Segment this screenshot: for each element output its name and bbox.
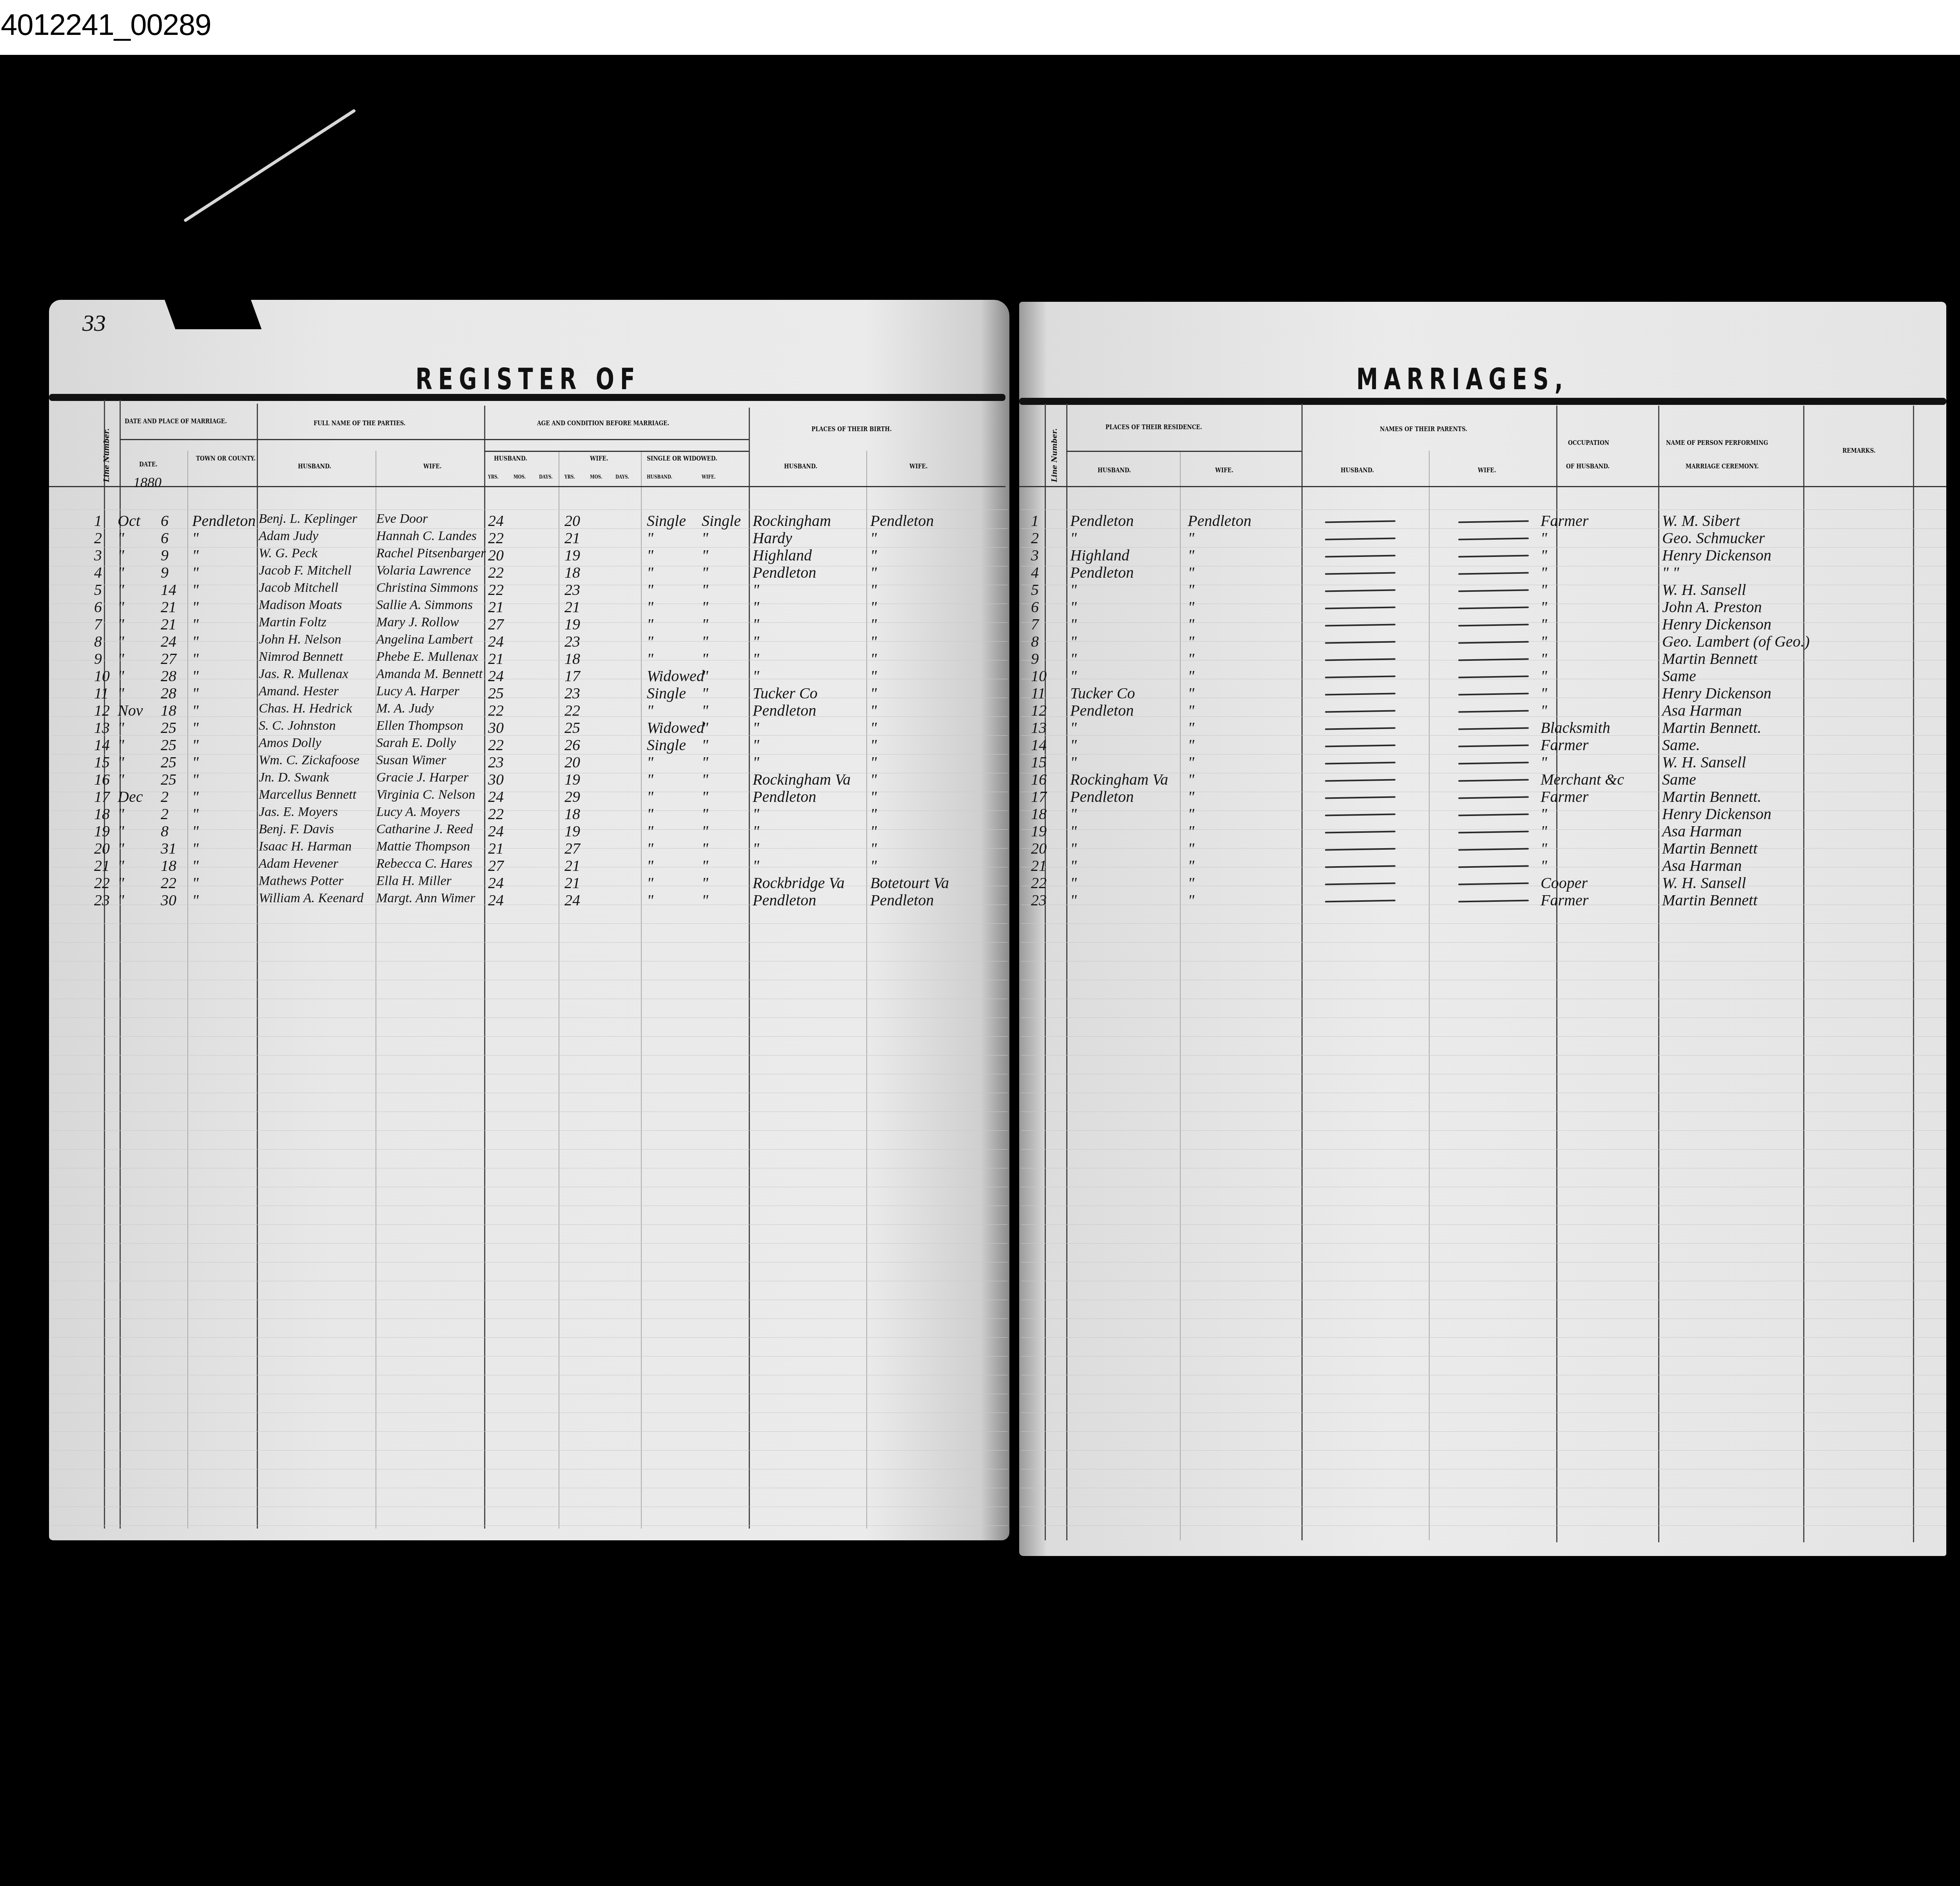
wife-birthplace: " <box>870 649 877 668</box>
wife-birthplace: Pendleton <box>870 891 934 909</box>
ruled-line <box>1021 923 1946 924</box>
ruled-line <box>51 1112 1007 1112</box>
place: " <box>192 598 199 616</box>
page-number: 33 <box>82 310 106 337</box>
line-number-right: 18 <box>1031 805 1047 823</box>
wife-age: 21 <box>564 529 580 547</box>
day: 2 <box>161 787 169 806</box>
age-wife-header: WIFE. <box>590 455 608 462</box>
ruled-line <box>51 1525 1007 1526</box>
husband-residence: " <box>1070 718 1077 737</box>
col-divider <box>1301 404 1303 1540</box>
husband-age: 30 <box>488 770 504 789</box>
wife-name: M. A. Judy <box>376 701 434 716</box>
day: 25 <box>161 718 176 737</box>
day: 24 <box>161 632 176 651</box>
wife-age: 22 <box>564 701 580 720</box>
ruled-line <box>51 1243 1007 1244</box>
residence-husband-header: HUSBAND. <box>1098 466 1131 474</box>
husband-age: 24 <box>488 874 504 892</box>
wife-residence: " <box>1188 580 1194 599</box>
wife-age: 26 <box>564 736 580 754</box>
parents-header: NAMES OF THEIR PARENTS. <box>1380 425 1467 433</box>
remarks-header: REMARKS. <box>1842 447 1875 455</box>
husband-condition: " <box>647 770 653 789</box>
wife-age: 21 <box>564 856 580 875</box>
line-number-right: 20 <box>1031 839 1047 858</box>
line-number: 13 <box>94 718 110 737</box>
month: " <box>118 891 124 909</box>
wife-name: Amanda M. Bennett <box>376 667 483 682</box>
ruled-line <box>51 1488 1007 1488</box>
line-number-right: 21 <box>1031 856 1047 875</box>
place: " <box>192 718 199 737</box>
occupation: " <box>1541 839 1547 858</box>
officiant: Martin Bennett. <box>1662 718 1761 737</box>
ruled-line <box>51 1262 1007 1262</box>
line-number-right: 11 <box>1031 684 1045 702</box>
occupation: " <box>1541 615 1547 633</box>
wife-condition: " <box>702 598 708 616</box>
month: " <box>118 529 124 547</box>
husband-age: 27 <box>488 615 504 633</box>
occupation-header-2: OF HUSBAND. <box>1566 462 1610 470</box>
ruled-line <box>51 1469 1007 1469</box>
officiant-header-2: MARRIAGE CEREMONY. <box>1686 462 1759 470</box>
husband-age: 21 <box>488 598 504 616</box>
wife-age: 23 <box>564 684 580 702</box>
ruled-line <box>51 1375 1007 1375</box>
ruled-line <box>1021 1375 1946 1375</box>
header-subrule <box>120 439 749 440</box>
wife-condition: " <box>702 770 708 789</box>
husband-birthplace: " <box>753 667 759 685</box>
line-number: 14 <box>94 736 110 754</box>
husband-birthplace: Rockbridge Va <box>753 874 844 892</box>
husband-name: Jn. D. Swank <box>259 770 329 785</box>
wife-name: Ellen Thompson <box>376 718 463 733</box>
husband-name: Jacob Mitchell <box>259 580 338 595</box>
ruled-line <box>1021 1036 1946 1037</box>
col-divider <box>559 451 559 1529</box>
header-bottom-rule <box>49 486 1005 487</box>
husband-age: 22 <box>488 805 504 823</box>
ruled-line <box>51 1074 1007 1074</box>
husband-condition: " <box>647 649 653 668</box>
line-number: 19 <box>94 822 110 840</box>
husband-name: Nimrod Bennett <box>259 649 343 664</box>
wife-age: 24 <box>564 891 580 909</box>
ruled-line <box>51 1281 1007 1281</box>
day: 30 <box>161 891 176 909</box>
line-number-right: 6 <box>1031 598 1039 616</box>
day: 2 <box>161 805 169 823</box>
wife-birthplace: Botetourt Va <box>870 874 949 892</box>
wife-name-header: WIFE. <box>423 462 441 470</box>
wife-name: Rebecca C. Hares <box>376 856 472 871</box>
officiant: Asa Harman <box>1662 701 1742 720</box>
line-number-right: 15 <box>1031 753 1047 771</box>
husband-condition: " <box>647 891 653 909</box>
wife-birthplace: " <box>870 839 877 858</box>
wife-name: Margt. Ann Wimer <box>376 891 475 906</box>
officiant: Martin Bennett <box>1662 891 1757 909</box>
wife-age: 18 <box>564 805 580 823</box>
line-number-right: 17 <box>1031 787 1047 806</box>
occupation: " <box>1541 805 1547 823</box>
husband-birthplace: Highland <box>753 546 812 564</box>
wife-residence: " <box>1188 805 1194 823</box>
wife-age: 23 <box>564 580 580 599</box>
wife-name: Virginia C. Nelson <box>376 787 475 802</box>
line-number: 12 <box>94 701 110 720</box>
wife-birthplace: " <box>870 580 877 599</box>
ruled-line <box>1021 510 1946 510</box>
yrs-header: Yrs. <box>564 474 575 480</box>
col-divider <box>1556 406 1557 1542</box>
line-number: 10 <box>94 667 110 685</box>
ruled-line <box>1021 1017 1946 1018</box>
wife-residence: " <box>1188 529 1194 547</box>
wife-name: Catharine J. Reed <box>376 822 473 837</box>
place: " <box>192 563 199 582</box>
month: " <box>118 615 124 633</box>
wife-residence: " <box>1188 667 1194 685</box>
husband-residence: " <box>1070 529 1077 547</box>
husband-age: 21 <box>488 649 504 668</box>
residence-header: PLACES OF THEIR RESIDENCE. <box>1105 423 1202 431</box>
month: Nov <box>118 701 143 720</box>
husband-birthplace: " <box>753 718 759 737</box>
occupation-header: OCCUPATION <box>1568 439 1609 447</box>
month: " <box>118 546 124 564</box>
line-number-right: 23 <box>1031 891 1047 909</box>
officiant: Geo. Lambert (of Geo.) <box>1662 632 1810 651</box>
occupation: Farmer <box>1541 511 1588 530</box>
line-number-header: Line Number. <box>103 428 111 482</box>
parents-husband-header: HUSBAND. <box>1341 466 1374 474</box>
ruled-line <box>1021 980 1946 980</box>
place: " <box>192 805 199 823</box>
husband-residence: " <box>1070 822 1077 840</box>
line-number-right: 8 <box>1031 632 1039 651</box>
wife-age: 20 <box>564 753 580 771</box>
wife-condition: " <box>702 667 708 685</box>
husband-age: 24 <box>488 632 504 651</box>
month: " <box>118 598 124 616</box>
town-county-header: TOWN OR COUNTY. <box>196 455 256 462</box>
line-number: 20 <box>94 839 110 858</box>
line-number: 23 <box>94 891 110 909</box>
husband-age: 22 <box>488 529 504 547</box>
ruled-line <box>1021 905 1946 905</box>
husband-age: 24 <box>488 891 504 909</box>
wife-condition: " <box>702 805 708 823</box>
husband-birthplace: Pendleton <box>753 563 816 582</box>
place: " <box>192 736 199 754</box>
husband-birthplace: " <box>753 805 759 823</box>
husband-age: 27 <box>488 856 504 875</box>
ruled-line <box>51 1431 1007 1432</box>
wife-age: 20 <box>564 511 580 530</box>
husband-condition: " <box>647 839 653 858</box>
wife-age: 19 <box>564 546 580 564</box>
husband-age: 22 <box>488 563 504 582</box>
ruled-line <box>1021 1130 1946 1131</box>
ruled-line <box>1021 585 1946 585</box>
pen-icon <box>183 109 356 222</box>
husband-birthplace: Pendleton <box>753 891 816 909</box>
line-number-right: 10 <box>1031 667 1047 685</box>
col-divider <box>257 404 258 1529</box>
ruled-line <box>1021 547 1946 548</box>
line-number: 21 <box>94 856 110 875</box>
sw-husband-header: Husband. <box>647 474 672 480</box>
ruled-line <box>51 1206 1007 1206</box>
wife-birthplace: " <box>870 736 877 754</box>
wife-condition: " <box>702 684 708 702</box>
wife-birthplace: " <box>870 701 877 720</box>
date-place-header: DATE AND PLACE OF MARRIAGE. <box>125 417 227 425</box>
husband-name: W. G. Peck <box>259 546 318 561</box>
husband-condition: " <box>647 856 653 875</box>
officiant: Martin Bennett <box>1662 839 1757 858</box>
wife-condition: " <box>702 529 708 547</box>
day: 25 <box>161 736 176 754</box>
husband-birthplace: Rockingham Va <box>753 770 851 789</box>
husband-residence: " <box>1070 632 1077 651</box>
husband-name: Adam Hevener <box>259 856 338 871</box>
month: " <box>118 822 124 840</box>
wife-residence: " <box>1188 563 1194 582</box>
officiant: W. H. Sansell <box>1662 874 1746 892</box>
husband-condition: " <box>647 805 653 823</box>
occupation: " <box>1541 684 1547 702</box>
line-number-right: 19 <box>1031 822 1047 840</box>
place: " <box>192 822 199 840</box>
officiant: Martin Bennett <box>1662 649 1757 668</box>
ruled-line <box>1021 1224 1946 1225</box>
col-divider <box>484 406 485 1529</box>
wife-condition: " <box>702 874 708 892</box>
husband-residence: " <box>1070 615 1077 633</box>
husband-name-header: HUSBAND. <box>298 462 331 470</box>
husband-residence: " <box>1070 874 1077 892</box>
col-divider <box>1913 406 1914 1542</box>
line-number: 3 <box>94 546 102 564</box>
day: 21 <box>161 598 176 616</box>
wife-birthplace: " <box>870 563 877 582</box>
wife-birthplace: " <box>870 684 877 702</box>
wife-age: 17 <box>564 667 580 685</box>
occupation: " <box>1541 649 1547 668</box>
wife-name: Ella H. Miller <box>376 874 452 889</box>
place: " <box>192 891 199 909</box>
occupation: " <box>1541 598 1547 616</box>
husband-name: Jas. R. Mullenax <box>259 667 348 682</box>
wife-birthplace: " <box>870 753 877 771</box>
days-header: Days. <box>615 474 629 480</box>
wife-name: Lucy A. Harper <box>376 684 459 699</box>
wife-age: 25 <box>564 718 580 737</box>
ruled-line <box>51 510 1007 510</box>
husband-residence: " <box>1070 856 1077 875</box>
line-number-right: 22 <box>1031 874 1047 892</box>
wife-name: Lucy A. Moyers <box>376 805 460 820</box>
officiant: W. H. Sansell <box>1662 753 1746 771</box>
officiant: W. M. Sibert <box>1662 511 1740 530</box>
husband-age: 22 <box>488 736 504 754</box>
officiant-header: NAME OF PERSON PERFORMING <box>1666 439 1768 447</box>
wife-age: 21 <box>564 874 580 892</box>
ruled-line <box>1021 1262 1946 1262</box>
image-header-band: 4012241_00289 <box>0 0 1960 55</box>
ruled-line <box>1021 1168 1946 1168</box>
husband-name: Isaac H. Harman <box>259 839 352 854</box>
ruled-line <box>51 1149 1007 1150</box>
officiant: Henry Dickenson <box>1662 684 1771 702</box>
ruled-line <box>51 1300 1007 1300</box>
ruled-line <box>51 1507 1007 1507</box>
wife-residence: Pendleton <box>1188 511 1251 530</box>
wife-name: Eve Door <box>376 511 428 526</box>
sw-wife-header: Wife. <box>702 474 715 480</box>
wife-condition: " <box>702 753 708 771</box>
wife-residence: " <box>1188 770 1194 789</box>
line-number-right: 13 <box>1031 718 1047 737</box>
full-name-header: FULL NAME OF THE PARTIES. <box>314 419 406 427</box>
wife-birthplace: " <box>870 667 877 685</box>
husband-condition: " <box>647 787 653 806</box>
line-number: 22 <box>94 874 110 892</box>
wife-condition: " <box>702 615 708 633</box>
col-divider <box>641 451 642 1529</box>
line-number-right: 9 <box>1031 649 1039 668</box>
officiant: Geo. Schmucker <box>1662 529 1765 547</box>
line-number: 16 <box>94 770 110 789</box>
ruled-line <box>1021 622 1946 623</box>
husband-age: 23 <box>488 753 504 771</box>
wife-name: Hannah C. Landes <box>376 529 477 544</box>
day: 14 <box>161 580 176 599</box>
line-number: 6 <box>94 598 102 616</box>
ruled-line <box>51 999 1007 999</box>
wife-name: Sarah E. Dolly <box>376 736 456 751</box>
wife-age: 19 <box>564 822 580 840</box>
ruled-line <box>1021 754 1946 754</box>
birth-place-header: PLACES OF THEIR BIRTH. <box>811 425 892 433</box>
place: " <box>192 874 199 892</box>
husband-condition: " <box>647 701 653 720</box>
day: 25 <box>161 770 176 789</box>
husband-birthplace: " <box>753 856 759 875</box>
residence-wife-header: WIFE. <box>1215 466 1233 474</box>
officiant: Same <box>1662 770 1696 789</box>
wife-age: 29 <box>564 787 580 806</box>
line-number: 18 <box>94 805 110 823</box>
day: 27 <box>161 649 176 668</box>
line-number-right: 12 <box>1031 701 1047 720</box>
husband-birthplace: " <box>753 753 759 771</box>
occupation: " <box>1541 563 1547 582</box>
officiant: Henry Dickenson <box>1662 615 1771 633</box>
husband-residence: " <box>1070 891 1077 909</box>
ruled-line <box>1021 1093 1946 1093</box>
days-header: Days. <box>539 474 553 480</box>
place: " <box>192 546 199 564</box>
husband-residence: Pendleton <box>1070 787 1134 806</box>
wife-name: Gracie J. Harper <box>376 770 468 785</box>
header-bottom-rule <box>1019 486 1946 487</box>
wife-residence: " <box>1188 753 1194 771</box>
day: 6 <box>161 529 169 547</box>
occupation: " <box>1541 701 1547 720</box>
register-title-left: REGISTER OF <box>416 363 641 396</box>
wife-name: Mattie Thompson <box>376 839 470 854</box>
husband-condition: " <box>647 546 653 564</box>
ruled-line <box>1021 1431 1946 1432</box>
line-number: 4 <box>94 563 102 582</box>
husband-birthplace: Hardy <box>753 529 792 547</box>
place: " <box>192 839 199 858</box>
month: " <box>118 770 124 789</box>
wife-birthplace: " <box>870 856 877 875</box>
ruled-line <box>51 1356 1007 1356</box>
day: 28 <box>161 684 176 702</box>
ruled-line <box>1021 1356 1946 1356</box>
ruled-line <box>1021 1206 1946 1206</box>
month: " <box>118 684 124 702</box>
month: " <box>118 856 124 875</box>
husband-birthplace: " <box>753 649 759 668</box>
husband-residence: " <box>1070 649 1077 668</box>
husband-name: Wm. C. Zickafoose <box>259 753 359 768</box>
wife-residence: " <box>1188 856 1194 875</box>
ruled-line <box>51 1036 1007 1037</box>
date-header: DATE. <box>139 461 158 468</box>
col-divider <box>1803 406 1804 1542</box>
husband-birthplace: Tucker Co <box>753 684 818 702</box>
husband-condition: Widowed <box>647 718 704 737</box>
husband-residence: " <box>1070 839 1077 858</box>
wife-condition: " <box>702 736 708 754</box>
right-page <box>1019 302 1946 1556</box>
ruled-line <box>1021 1413 1946 1413</box>
ruled-line <box>51 923 1007 924</box>
officiant: Martin Bennett. <box>1662 787 1761 806</box>
wife-birthplace: Pendleton <box>870 511 934 530</box>
ruled-line <box>51 942 1007 943</box>
ruled-line <box>51 961 1007 961</box>
husband-age: 21 <box>488 839 504 858</box>
occupation: Farmer <box>1541 891 1588 909</box>
ruled-line <box>1021 1450 1946 1451</box>
ruled-line <box>1021 566 1946 566</box>
officiant: Henry Dickenson <box>1662 805 1771 823</box>
single-widowed-header: SINGLE or WIDOWED. <box>647 455 717 462</box>
col-divider <box>104 400 105 1529</box>
husband-name: Amos Dolly <box>259 736 321 751</box>
ruled-line <box>51 1017 1007 1018</box>
month: " <box>118 718 124 737</box>
husband-condition: " <box>647 580 653 599</box>
wife-residence: " <box>1188 718 1194 737</box>
wife-birthplace: " <box>870 598 877 616</box>
ruled-line <box>1021 829 1946 830</box>
header-rule-left <box>49 394 1005 401</box>
husband-age: 22 <box>488 580 504 599</box>
wife-residence: " <box>1188 891 1194 909</box>
